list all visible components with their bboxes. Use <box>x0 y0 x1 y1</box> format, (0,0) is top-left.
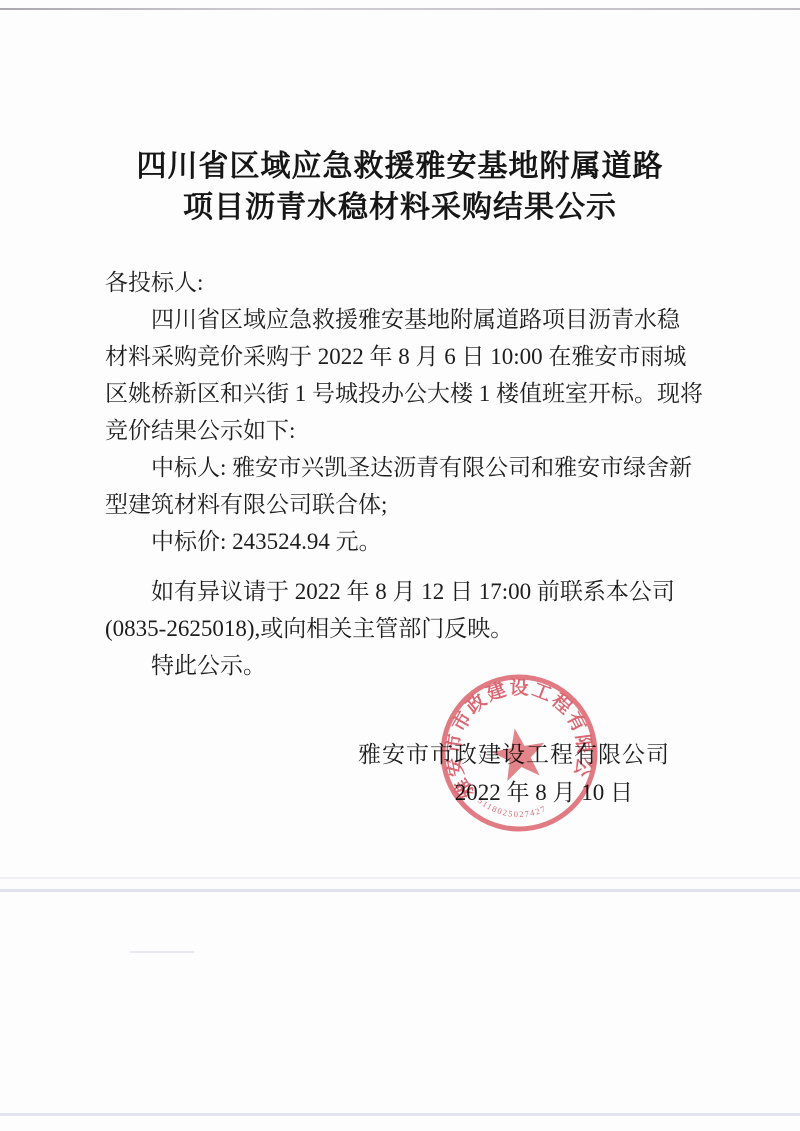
company-seal-stamp: 雅安市市政建设工程有限公司 5118025027427 <box>437 671 601 835</box>
body-line: 四川省区域应急救援雅安基地附属道路项目沥青水稳 <box>105 301 705 338</box>
scan-artifact-line <box>0 889 800 892</box>
body-line-contact: (0835-2625018),或向相关主管部门反映。 <box>105 610 705 647</box>
document-title: 四川省区域应急救援雅安基地附属道路 项目沥青水稳材料采购结果公示 <box>0 146 800 228</box>
scan-artifact-line <box>130 951 194 953</box>
scanned-document-page: 四川省区域应急救援雅安基地附属道路 项目沥青水稳材料采购结果公示 各投标人: 四… <box>0 0 800 1131</box>
body-line: 区姚桥新区和兴街 1 号城投办公大楼 1 楼值班室开标。现将 <box>105 375 705 412</box>
body-line-contact: 如有异议请于 2022 年 8 月 12 日 17:00 前联系本公司 <box>105 573 705 610</box>
body-line-price: 中标价: 243524.94 元。 <box>105 523 705 560</box>
body-line: 各投标人: <box>105 264 705 301</box>
body-line-winner: 型建筑材料有限公司联合体; <box>105 486 705 523</box>
scan-artifact-line <box>0 1113 800 1116</box>
body-line-winner: 中标人: 雅安市兴凯圣达沥青有限公司和雅安市绿舍新 <box>105 449 705 486</box>
body-line: 材料采购竞价采购于 2022 年 8 月 6 日 10:00 在雅安市雨城 <box>105 338 705 375</box>
body-line: 竞价结果公示如下: <box>105 412 705 449</box>
star-icon <box>488 724 549 783</box>
document-title-line2: 项目沥青水稳材料采购结果公示 <box>0 187 800 228</box>
scan-top-edge-line <box>0 8 800 10</box>
body-line-closing: 特此公示。 <box>105 647 705 684</box>
document-title-line1: 四川省区域应急救援雅安基地附属道路 <box>0 146 800 187</box>
scan-artifact-line <box>0 877 800 879</box>
document-body: 各投标人: 四川省区域应急救援雅安基地附属道路项目沥青水稳 材料采购竞价采购于 … <box>105 264 705 684</box>
